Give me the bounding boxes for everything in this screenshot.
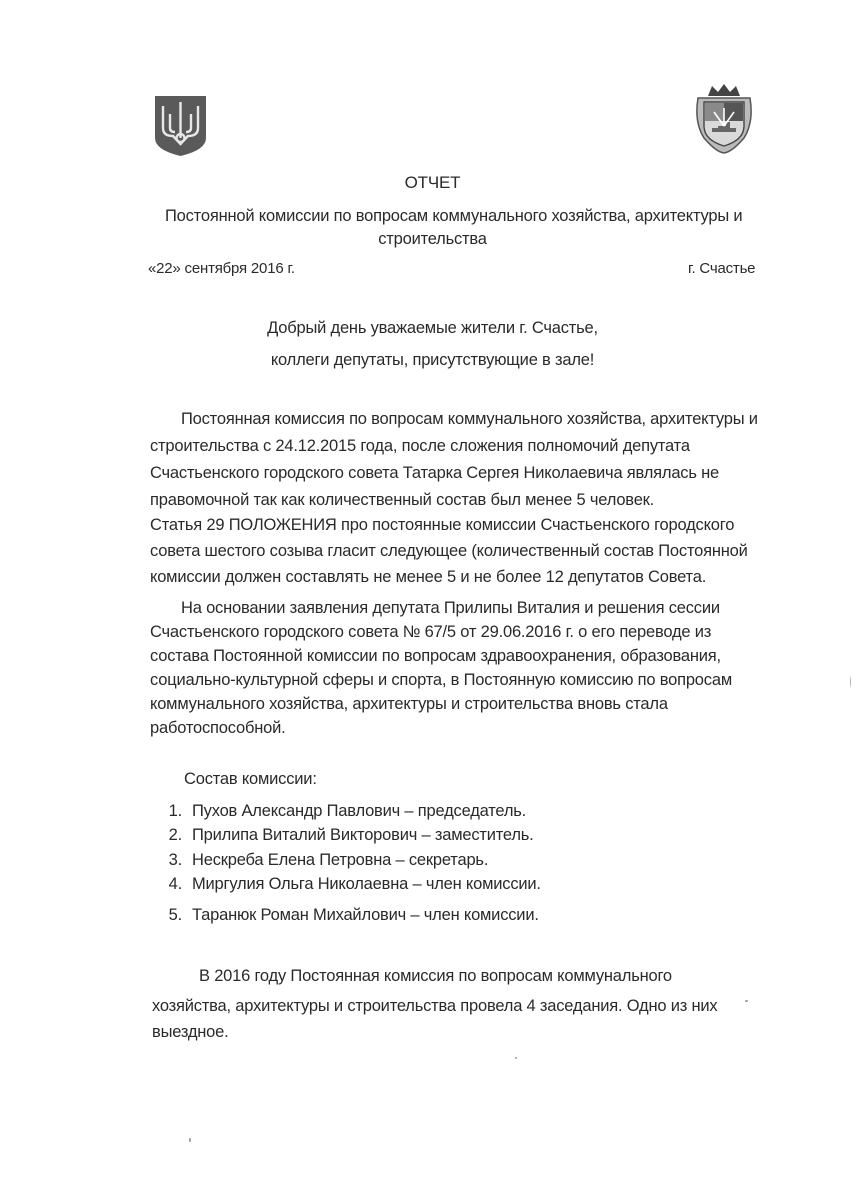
city-coat-of-arms-icon [690, 82, 758, 154]
ukraine-coat-of-arms-icon [153, 94, 208, 158]
paragraph-line: работоспособной. [150, 716, 285, 740]
paragraph-line: состава Постоянной комиссии по вопросам … [150, 644, 721, 668]
paragraph-line: совета шестого созыва гласит следующее (… [150, 539, 748, 563]
paragraph-line: В 2016 году Постоянная комиссия по вопро… [199, 964, 672, 988]
composition-heading: Состав комиссии: [184, 767, 317, 791]
paragraph-line: хозяйства, архитектуры и строительства п… [152, 994, 717, 1018]
list-item: 4.Миргулия Ольга Николаевна – член комис… [160, 872, 541, 896]
document-title: ОТЧЕТ [0, 171, 865, 195]
list-item: 2.Прилипа Виталий Викторович – заместите… [160, 823, 534, 847]
list-item: 1.Пухов Александр Павлович – председател… [160, 799, 526, 823]
document-subtitle-line1: Постоянной комиссии по вопросам коммунал… [165, 204, 742, 228]
scan-speck [515, 1057, 517, 1059]
paragraph-line: Счастьенского городского совета № 67/5 о… [150, 620, 711, 644]
paragraph-line: комиссии должен составлять не менее 5 и … [150, 565, 706, 589]
paragraph-line: правомочной так как количественный соста… [150, 488, 654, 512]
paragraph-line: социально-культурной сферы и спорта, в П… [150, 668, 732, 692]
list-item: 3.Нескреба Елена Петровна – секретарь. [160, 848, 488, 872]
greeting-line1: Добрый день уважаемые жители г. Счастье, [0, 316, 865, 340]
list-item: 5.Таранюк Роман Михайлович – член комисс… [160, 903, 539, 927]
greeting-line2: коллеги депутаты, присутствующие в зале! [0, 348, 865, 372]
paragraph-line: Статья 29 ПОЛОЖЕНИЯ про постоянные комис… [150, 513, 734, 537]
paragraph-line: выездное. [152, 1020, 229, 1044]
document-date: «22» сентября 2016 г. [148, 257, 295, 281]
scan-speck [189, 1138, 191, 1142]
document-city: г. Счастье [688, 257, 755, 281]
paragraph-line: Постоянная комиссия по вопросам коммунал… [181, 407, 758, 431]
scan-speck [745, 1000, 748, 1002]
scan-speck [850, 676, 851, 688]
paragraph-line: строительства с 24.12.2015 года, после с… [150, 434, 690, 458]
paragraph-line: На основании заявления депутата Прилипы … [181, 596, 720, 620]
document-subtitle-line2: строительства [0, 227, 865, 251]
paragraph-line: Счастьенского городского совета Татарка … [150, 461, 719, 485]
paragraph-line: коммунального хозяйства, архитектуры и с… [150, 692, 668, 716]
